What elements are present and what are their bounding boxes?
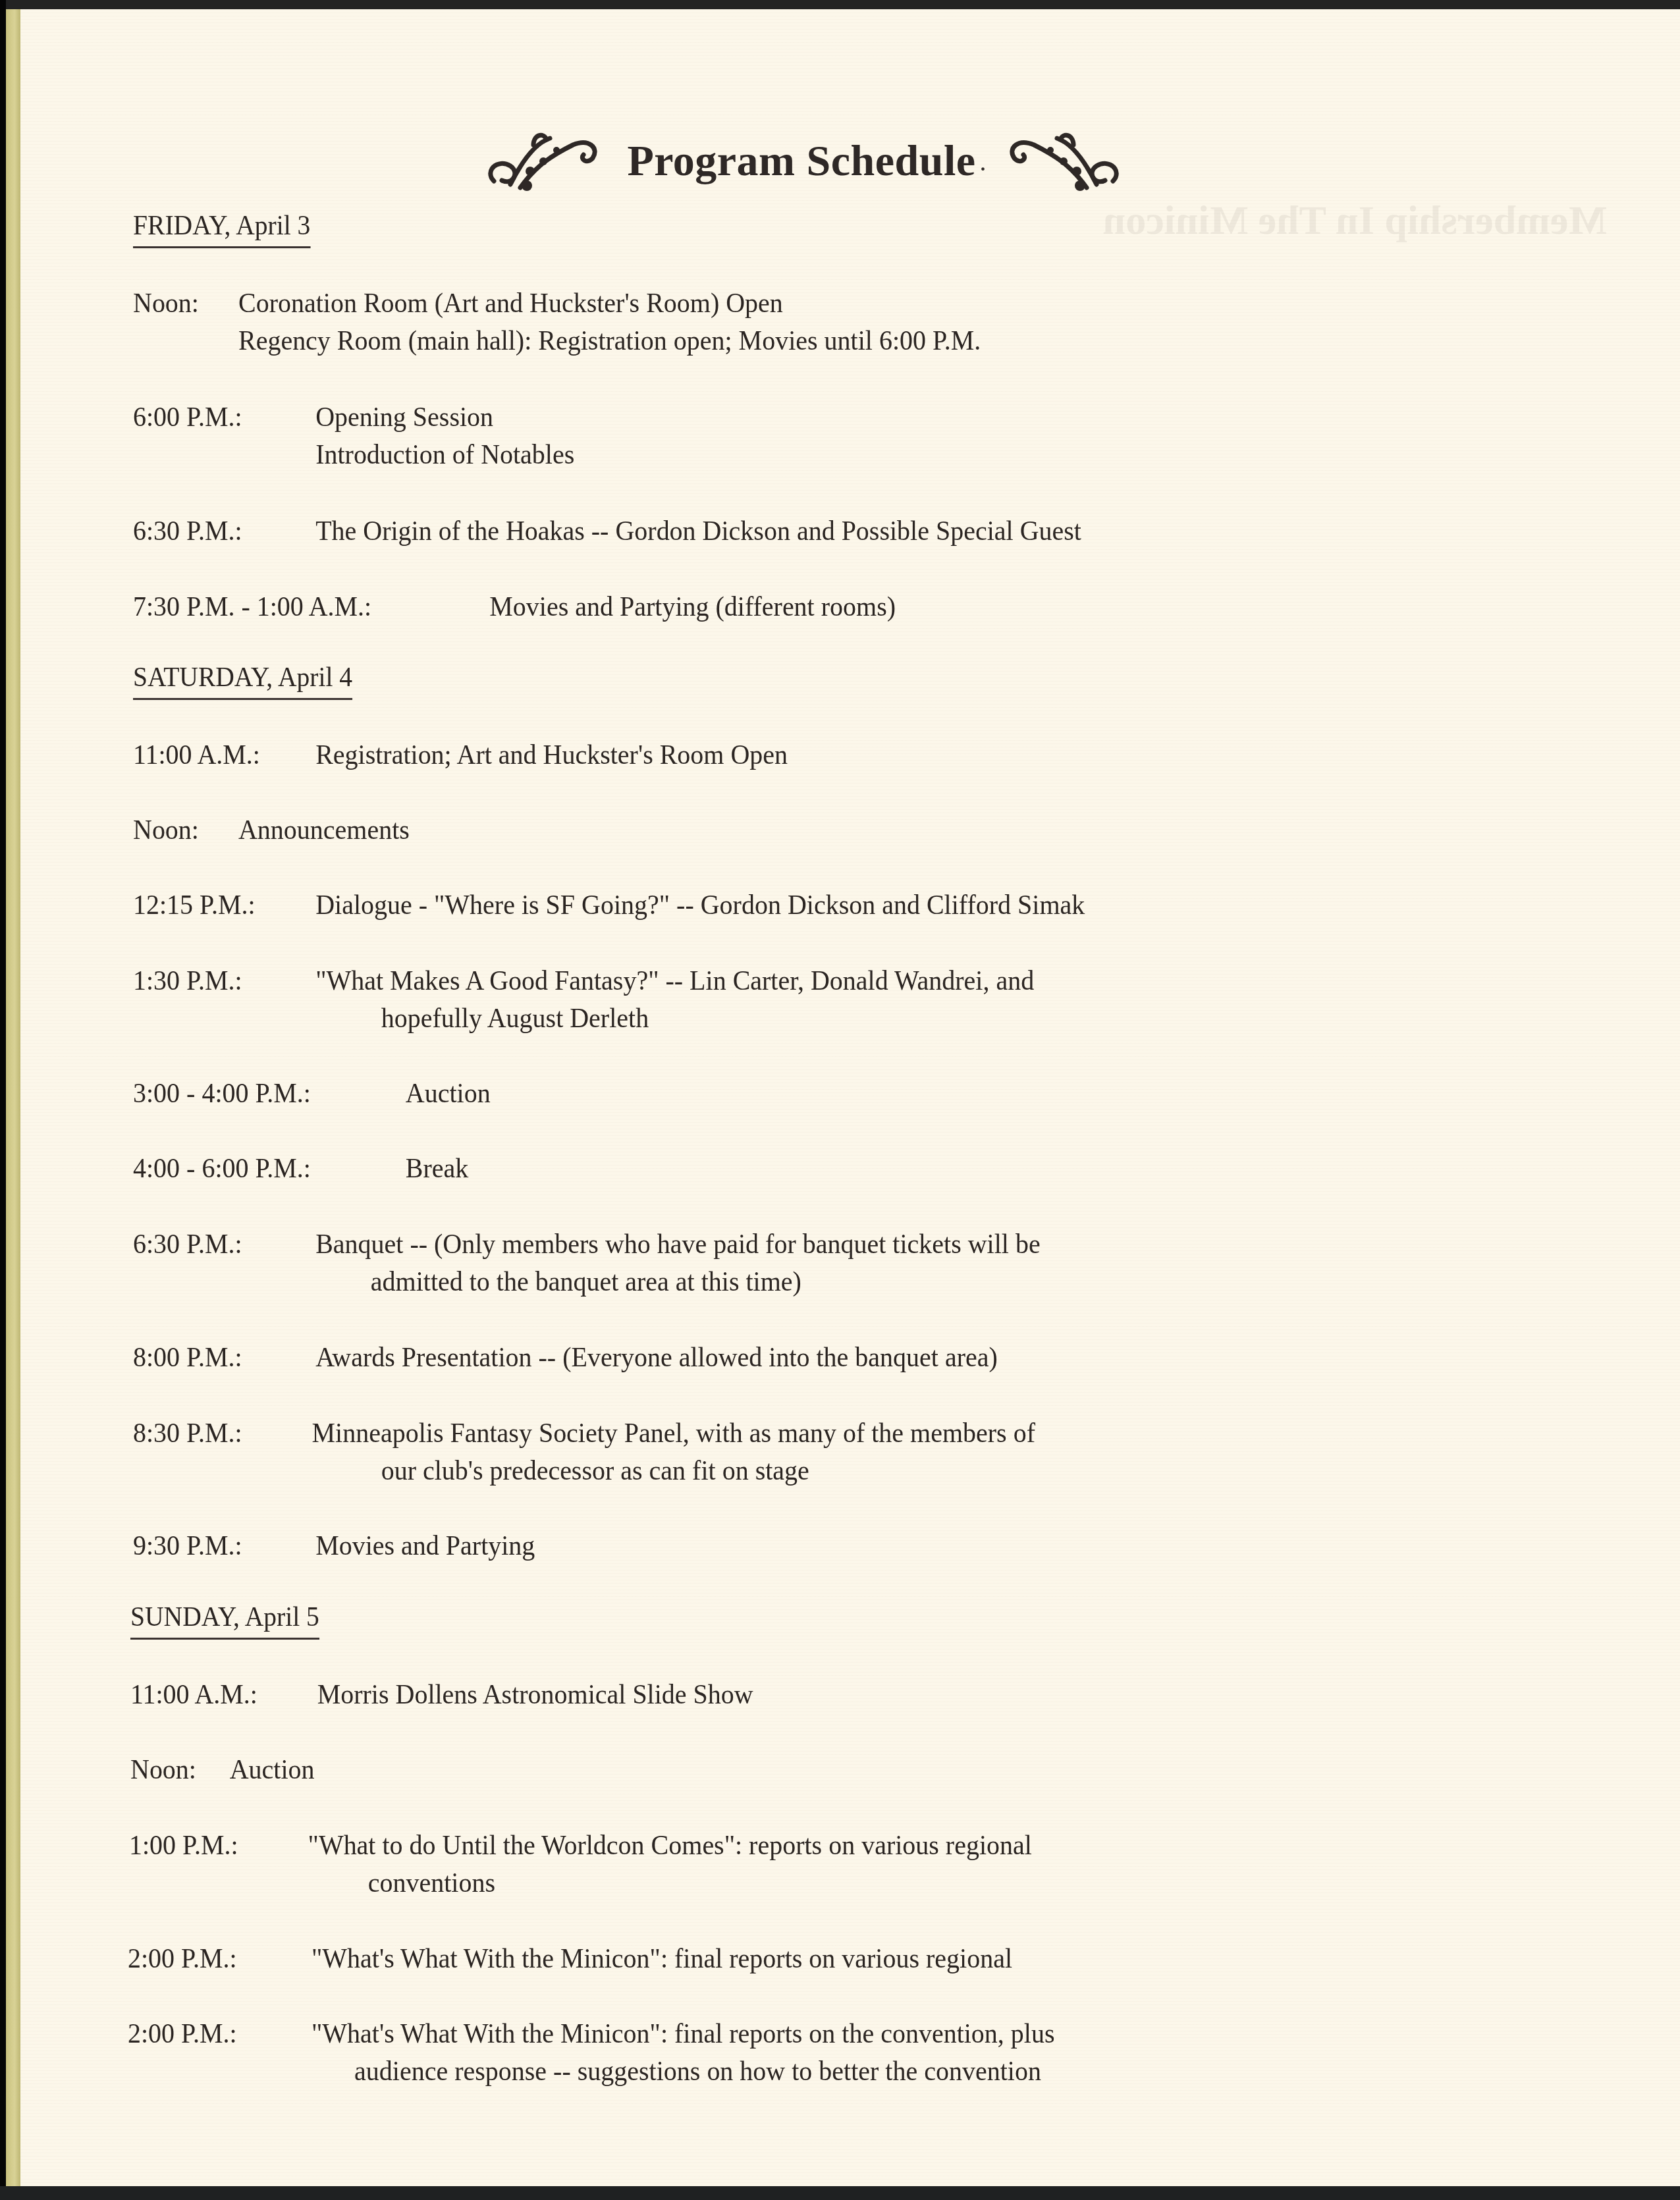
entry-time: 6:30 P.M.: <box>133 1225 315 1263</box>
entry-time: Noon: <box>133 284 238 322</box>
schedule-entry: Noon:Coronation Room (Art and Huckster's… <box>133 284 981 360</box>
ornamental-flourish-icon <box>481 125 612 198</box>
entry-time: 8:00 P.M.: <box>133 1339 315 1376</box>
entry-description: Registration; Art and Huckster's Room Op… <box>315 739 788 770</box>
schedule-entry: 11:00 A.M.:Registration; Art and Huckste… <box>133 736 788 774</box>
entry-time: Noon: <box>130 1751 230 1788</box>
entry-time: 6:00 P.M.: <box>133 398 315 436</box>
schedule-entry: 4:00 - 6:00 P.M.:Break <box>133 1150 468 1187</box>
entry-description: Break <box>406 1153 468 1184</box>
entry-description: Movies and Partying <box>315 1530 535 1561</box>
day-heading-saturday: SATURDAY, April 4 <box>133 661 352 700</box>
entry-description-continued: Regency Room (main hall): Registration o… <box>133 322 981 360</box>
entry-time: Noon: <box>133 811 238 849</box>
entry-description-continued: audience response -- suggestions on how … <box>128 2052 1055 2090</box>
entry-time: 2:00 P.M.: <box>128 2015 312 2052</box>
title-stray-dot: . <box>980 146 987 177</box>
entry-time: 2:00 P.M.: <box>128 1940 312 1977</box>
entry-description: "What Makes A Good Fantasy?" -- Lin Cart… <box>315 965 1034 996</box>
entry-description: Morris Dollens Astronomical Slide Show <box>317 1679 753 1710</box>
schedule-entry: Noon:Auction <box>130 1751 315 1788</box>
entry-description: Opening Session <box>315 402 493 433</box>
entry-description: Awards Presentation -- (Everyone allowed… <box>315 1342 998 1373</box>
day-heading-friday: FRIDAY, April 3 <box>133 209 310 248</box>
entry-time: 9:30 P.M.: <box>133 1527 315 1565</box>
entry-description: Announcements <box>238 815 410 845</box>
program-schedule-document: Program Schedule . FRIDAY, April 3 Noon:… <box>0 0 1680 2200</box>
entry-time: 8:30 P.M.: <box>133 1414 312 1452</box>
entry-description-continued: hopefully August Derleth <box>133 1000 1034 1037</box>
entry-time: 1:00 P.M.: <box>129 1827 308 1864</box>
schedule-entry: 2:00 P.M.:"What's What With the Minicon"… <box>128 2015 1055 2090</box>
schedule-entry: 6:30 P.M.:The Origin of the Hoakas -- Go… <box>133 512 1081 550</box>
entry-description: The Origin of the Hoakas -- Gordon Dicks… <box>315 516 1081 547</box>
entry-description: "What's What With the Minicon": final re… <box>312 2018 1055 2049</box>
entry-time: 7:30 P.M. - 1:00 A.M.: <box>133 588 489 626</box>
entry-time: 6:30 P.M.: <box>133 512 315 550</box>
schedule-entry: 11:00 A.M.:Morris Dollens Astronomical S… <box>130 1676 753 1713</box>
schedule-entry: 9:30 P.M.:Movies and Partying <box>133 1527 535 1565</box>
entry-description: Auction <box>406 1078 491 1109</box>
entry-time: 3:00 - 4:00 P.M.: <box>133 1075 406 1112</box>
entry-description: "What's What With the Minicon": final re… <box>312 1943 1012 1974</box>
schedule-entry: 3:00 - 4:00 P.M.:Auction <box>133 1075 491 1112</box>
schedule-entry: Noon:Announcements <box>133 811 410 849</box>
page-title: Program Schedule <box>627 136 975 186</box>
entry-description: Minneapolis Fantasy Society Panel, with … <box>312 1418 1035 1449</box>
schedule-entry: 6:30 P.M.:Banquet -- (Only members who h… <box>133 1225 1041 1301</box>
schedule-entry: 6:00 P.M.:Opening Session Introduction o… <box>133 398 574 473</box>
entry-description-continued: conventions <box>129 1864 1032 1902</box>
entry-time: 1:30 P.M.: <box>133 962 315 1000</box>
entry-time: 11:00 A.M.: <box>130 1676 317 1713</box>
entry-description: Coronation Room (Art and Huckster's Room… <box>238 288 783 319</box>
entry-time: 4:00 - 6:00 P.M.: <box>133 1150 406 1187</box>
schedule-entry: 12:15 P.M.:Dialogue - "Where is SF Going… <box>133 886 1085 924</box>
entry-description-continued: Introduction of Notables <box>133 436 574 473</box>
entry-description: "What to do Until the Worldcon Comes": r… <box>308 1830 1032 1861</box>
schedule-entry: 2:00 P.M.:"What's What With the Minicon"… <box>128 1940 1012 1977</box>
entry-description: Movies and Partying (different rooms) <box>489 591 896 622</box>
ornamental-flourish-icon <box>994 125 1126 198</box>
entry-description: Auction <box>230 1754 315 1785</box>
schedule-entry: 8:00 P.M.:Awards Presentation -- (Everyo… <box>133 1339 998 1376</box>
entry-description: Banquet -- (Only members who have paid f… <box>315 1229 1041 1260</box>
entry-description: Dialogue - "Where is SF Going?" -- Gordo… <box>315 890 1085 921</box>
schedule-entry: 8:30 P.M.:Minneapolis Fantasy Society Pa… <box>133 1414 1035 1489</box>
day-heading-sunday: SUNDAY, April 5 <box>130 1601 319 1640</box>
entry-time: 11:00 A.M.: <box>133 736 315 774</box>
entry-time: 12:15 P.M.: <box>133 886 315 924</box>
title-block: Program Schedule . <box>448 122 1159 201</box>
entry-description-continued: our club's predecessor as can fit on sta… <box>133 1452 1035 1489</box>
schedule-entry: 1:30 P.M.:"What Makes A Good Fantasy?" -… <box>133 962 1034 1037</box>
entry-description-continued: admitted to the banquet area at this tim… <box>133 1263 1041 1301</box>
schedule-entry: 7:30 P.M. - 1:00 A.M.:Movies and Partyin… <box>133 588 896 626</box>
schedule-entry: 1:00 P.M.:"What to do Until the Worldcon… <box>129 1827 1032 1902</box>
